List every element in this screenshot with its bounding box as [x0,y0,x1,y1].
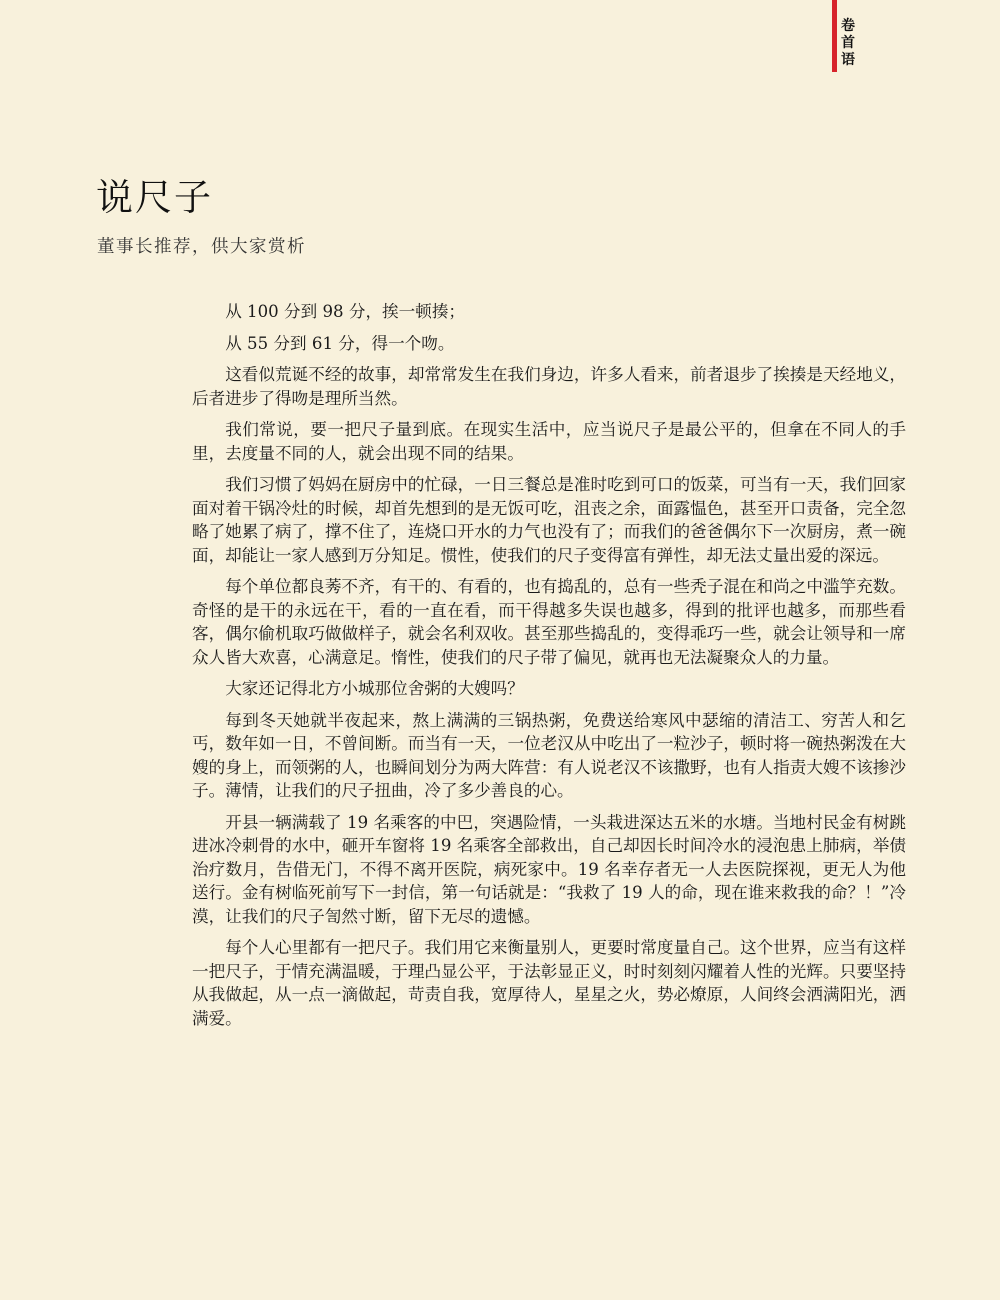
section-accent-bar [832,0,837,72]
paragraph: 从 100 分到 98 分，挨一顿揍； [192,300,906,324]
paragraph: 这看似荒诞不经的故事，却常常发生在我们身边，许多人看来，前者退步了挨揍是天经地义… [192,363,906,410]
paragraph: 每个人心里都有一把尺子。我们用它来衡量别人，更要时常度量自己。这个世界，应当有这… [192,936,906,1030]
paragraph: 开县一辆满载了 19 名乘客的中巴，突遇险情，一头栽进深达五米的水塘。当地村民金… [192,811,906,929]
article-subtitle: 董事长推荐，供大家赏析 [97,235,306,259]
paragraph: 我们常说，要一把尺子量到底。在现实生活中，应当说尺子是最公平的，但拿在不同人的手… [192,418,906,465]
paragraph: 大家还记得北方小城那位舍粥的大嫂吗？ [192,677,906,701]
section-label: 卷首语 [841,18,859,69]
article-body: 从 100 分到 98 分，挨一顿揍； 从 55 分到 61 分，得一个吻。 这… [192,300,906,1038]
paragraph: 每到冬天她就半夜起来，熬上满满的三锅热粥，免费送给寒风中瑟缩的清洁工、穷苦人和乞… [192,709,906,803]
paragraph: 我们习惯了妈妈在厨房中的忙碌，一日三餐总是准时吃到可口的饭菜，可当有一天，我们回… [192,473,906,567]
paragraph: 从 55 分到 61 分，得一个吻。 [192,332,906,356]
paragraph: 每个单位都良莠不齐，有干的、有看的，也有捣乱的，总有一些秃子混在和尚之中滥竽充数… [192,575,906,669]
article-title: 说尺子 [96,176,213,220]
